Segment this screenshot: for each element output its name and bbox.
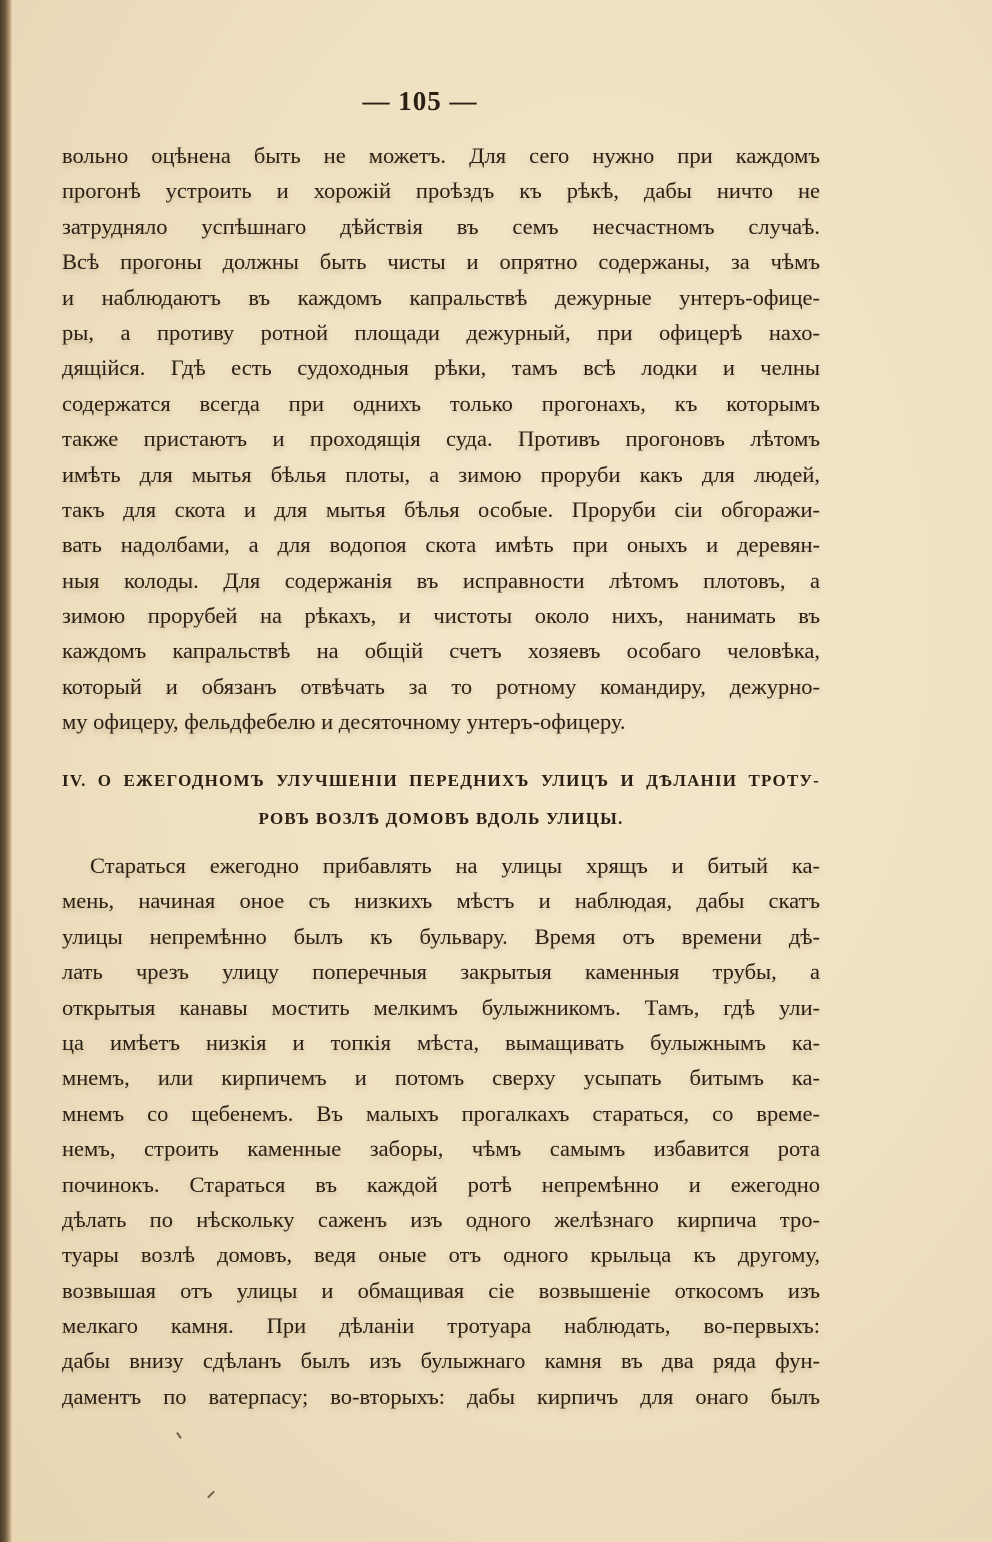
text-line: мнемъ со щебенемъ. Въ малыхъ прогалкахъ … [62, 1096, 820, 1131]
text-line: содержатся всегда при однихъ только прог… [62, 386, 820, 421]
section-heading-line-2: ровъ возлѣ домовъ вдоль улицы. [62, 800, 820, 838]
page-number: — 105 — [0, 86, 840, 117]
text-line: ца имѣетъ низкія и топкія мѣста, вымащив… [62, 1025, 820, 1060]
text-line: и наблюдаютъ въ каждомъ капральствѣ дежу… [62, 280, 820, 315]
text-line: мень, начиная оное съ низкихъ мѣстъ и на… [62, 883, 820, 918]
text-line: дѣлать по нѣскольку саженъ изъ одного же… [62, 1202, 820, 1237]
text-line: вать надолбами, а для водопоя скота имѣт… [62, 527, 820, 562]
text-line: лать чрезъ улицу поперечныя закрытыя кам… [62, 954, 820, 989]
text-line: затрудняло успѣшнаго дѣйствія въ семъ не… [62, 209, 820, 244]
text-line: вольно оцѣнена быть не можетъ. Для сего … [62, 138, 820, 173]
paper-speck [176, 1432, 182, 1439]
text-line: дящійся. Гдѣ есть судоходныя рѣки, тамъ … [62, 350, 820, 385]
text-line: починокъ. Стараться въ каждой ротѣ непре… [62, 1167, 820, 1202]
book-binding-edge [0, 0, 12, 1542]
text-line: который и обязанъ отвѣчать за то ротному… [62, 669, 820, 704]
text-line: открытыя канавы мостить мелкимъ булыжник… [62, 990, 820, 1025]
text-line: му офицеру, фельдфебелю и десяточному ун… [62, 704, 820, 739]
text-line: прогонѣ устроить и хорожій проѣздъ къ рѣ… [62, 173, 820, 208]
text-line: Стараться ежегодно прибавлять на улицы х… [62, 848, 820, 883]
text-line: дабы внизу сдѣланъ былъ изъ булыжнаго ка… [62, 1343, 820, 1378]
section-heading-line-1: IV. О ежегодномъ улучшеніи переднихъ ули… [62, 762, 820, 800]
text-line: такъ для скота и для мытья бѣлья особые.… [62, 492, 820, 527]
text-line: мелкаго камня. При дѣланіи тротуара набл… [62, 1308, 820, 1343]
text-line: даментъ по ватерпасу; во-вторыхъ: дабы к… [62, 1379, 820, 1414]
text-line: туары возлѣ домовъ, ведя оные отъ одного… [62, 1237, 820, 1272]
text-line: каждомъ капральствѣ на общій счетъ хозяе… [62, 633, 820, 668]
scanned-book-page: — 105 — вольно оцѣнена быть не можетъ. Д… [0, 0, 992, 1542]
text-line: возвышая отъ улицы и обмащивая сіе возвы… [62, 1273, 820, 1308]
text-line: ныя колоды. Для содержанія въ исправност… [62, 563, 820, 598]
paragraph-1: вольно оцѣнена быть не можетъ. Для сего … [62, 138, 820, 740]
text-line: зимою прорубей на рѣкахъ, и чистоты окол… [62, 598, 820, 633]
paper-speck [207, 1491, 215, 1499]
text-line: немъ, строить каменные заборы, чѣмъ самы… [62, 1131, 820, 1166]
text-line: имѣть для мытья бѣлья плоты, а зимою про… [62, 457, 820, 492]
paragraph-2: Стараться ежегодно прибавлять на улицы х… [62, 848, 820, 1414]
text-line: Всѣ прогоны должны быть чисты и опрятно … [62, 244, 820, 279]
text-line: ры, а противу ротной площади дежурный, п… [62, 315, 820, 350]
text-line: улицы непремѣнно былъ къ бульвару. Время… [62, 919, 820, 954]
section-heading: IV. О ежегодномъ улучшеніи переднихъ ули… [62, 762, 820, 838]
text-line: также пристаютъ и проходящія суда. Проти… [62, 421, 820, 456]
text-line: мнемъ, или кирпичемъ и потомъ сверху усы… [62, 1060, 820, 1095]
